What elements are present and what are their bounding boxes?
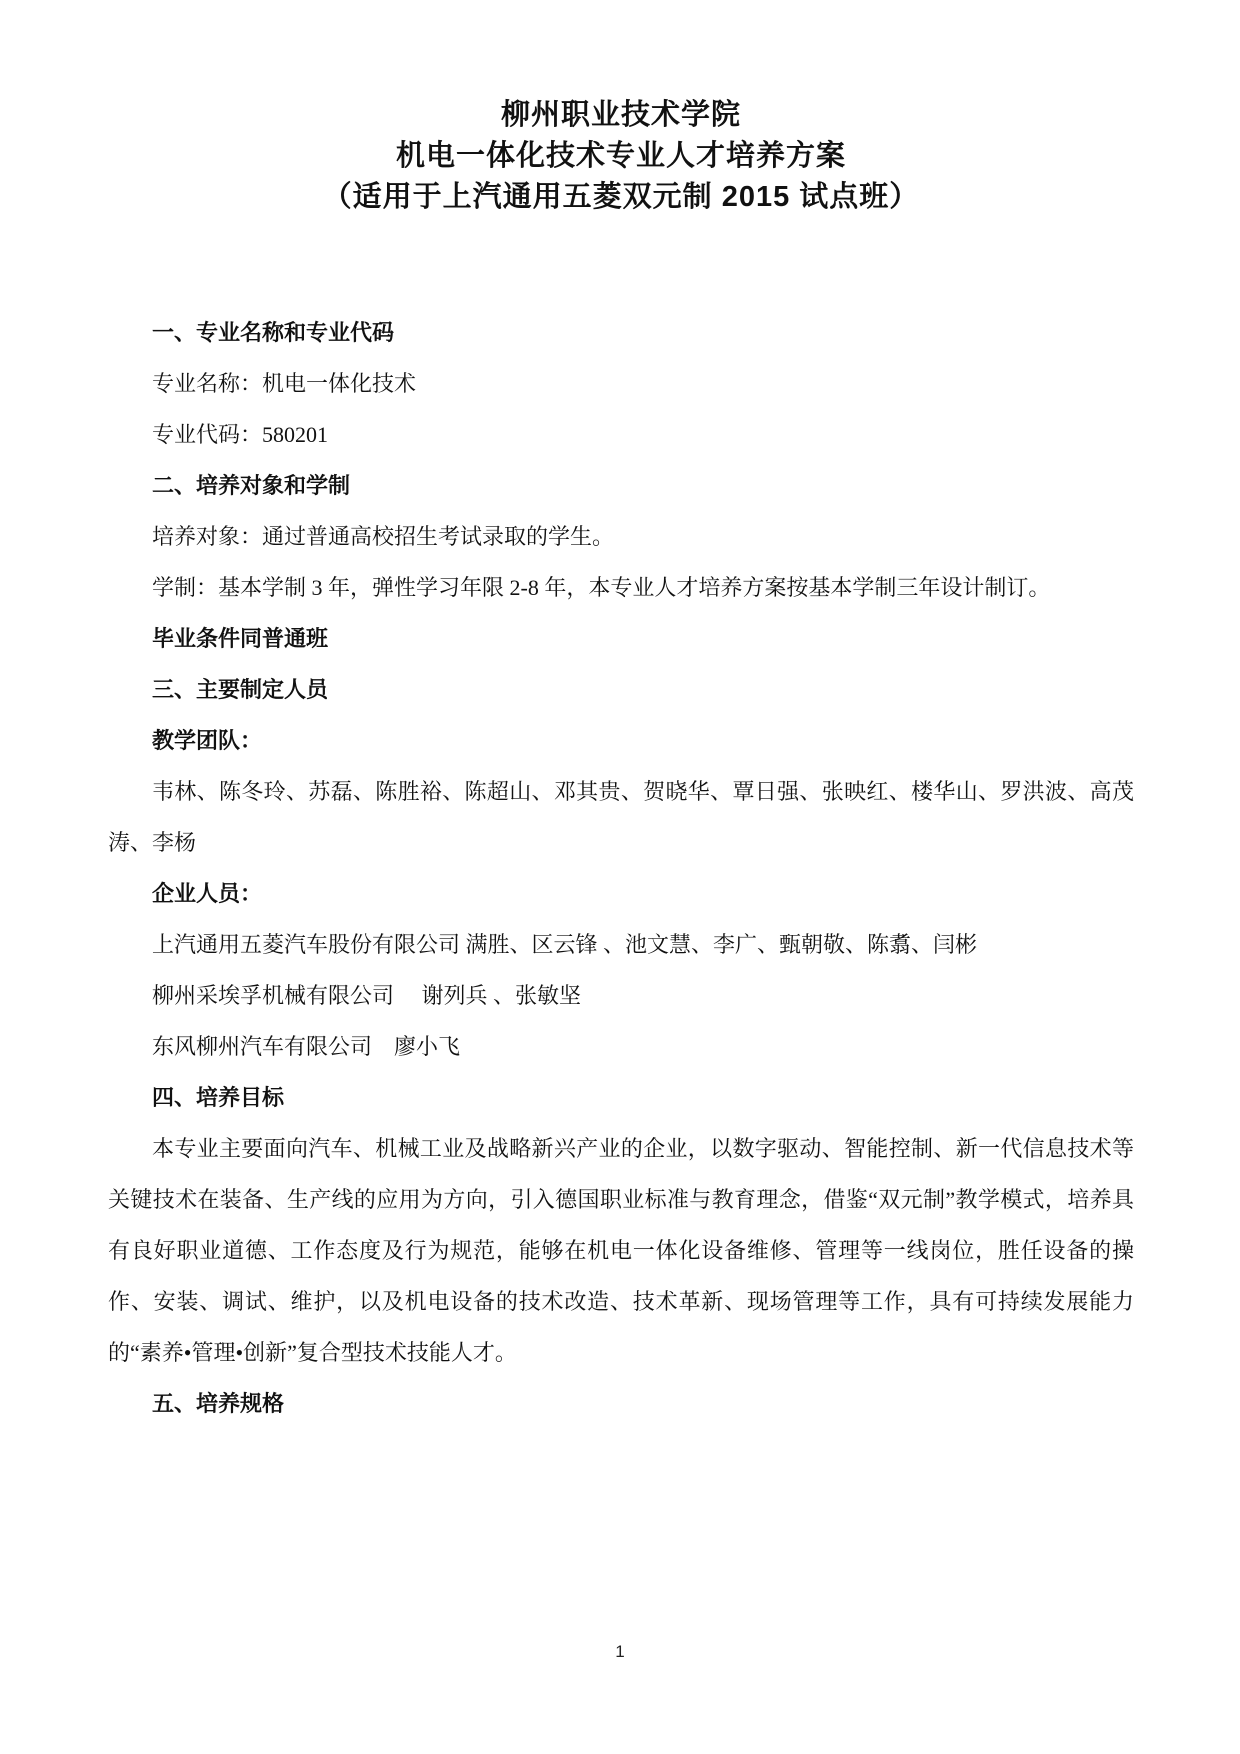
title-line-2: 机电一体化技术专业人才培养方案 — [108, 136, 1134, 177]
teaching-team-names: 韦林、陈冬玲、苏磊、陈胜裕、陈超山、邓其贵、贺晓华、覃日强、张映红、楼华山、罗洪… — [108, 766, 1134, 868]
major-code-line: 专业代码：580201 — [108, 409, 1134, 460]
teaching-team-heading: 教学团队： — [108, 715, 1134, 766]
document-title: 柳州职业技术学院 机电一体化技术专业人才培养方案 （适用于上汽通用五菱双元制 2… — [108, 95, 1134, 219]
page-number: 1 — [0, 1642, 1240, 1662]
document-page: 柳州职业技术学院 机电一体化技术专业人才培养方案 （适用于上汽通用五菱双元制 2… — [0, 0, 1240, 1754]
graduation-condition-heading: 毕业条件同普通班 — [108, 613, 1134, 664]
title-line-3: （适用于上汽通用五菱双元制 2015 试点班） — [108, 177, 1134, 218]
section-heading-1: 一、专业名称和专业代码 — [108, 307, 1134, 358]
major-name-line: 专业名称：机电一体化技术 — [108, 358, 1134, 409]
company-line-sgmw: 上汽通用五菱汽车股份有限公司 满胜、区云锋 、池文慧、李广、甄朝敬、陈翥、闫彬 — [108, 919, 1134, 970]
section-heading-4: 四、培养目标 — [108, 1072, 1134, 1123]
company-line-zf: 柳州采埃孚机械有限公司 谢列兵 、张敏坚 — [108, 970, 1134, 1021]
training-target-line: 培养对象：通过普通高校招生考试录取的学生。 — [108, 511, 1134, 562]
schooling-length-paragraph: 学制：基本学制 3 年，弹性学习年限 2-8 年，本专业人才培养方案按基本学制三… — [108, 562, 1134, 613]
title-line-1: 柳州职业技术学院 — [108, 95, 1134, 136]
section-heading-2: 二、培养对象和学制 — [108, 460, 1134, 511]
training-objective-paragraph: 本专业主要面向汽车、机械工业及战略新兴产业的企业，以数字驱动、智能控制、新一代信… — [108, 1123, 1134, 1378]
document-content: 柳州职业技术学院 机电一体化技术专业人才培养方案 （适用于上汽通用五菱双元制 2… — [108, 95, 1134, 1429]
enterprise-staff-heading: 企业人员： — [108, 868, 1134, 919]
company-line-dongfeng: 东风柳州汽车有限公司 廖小飞 — [108, 1021, 1134, 1072]
section-heading-3: 三、主要制定人员 — [108, 664, 1134, 715]
section-heading-5: 五、培养规格 — [108, 1378, 1134, 1429]
